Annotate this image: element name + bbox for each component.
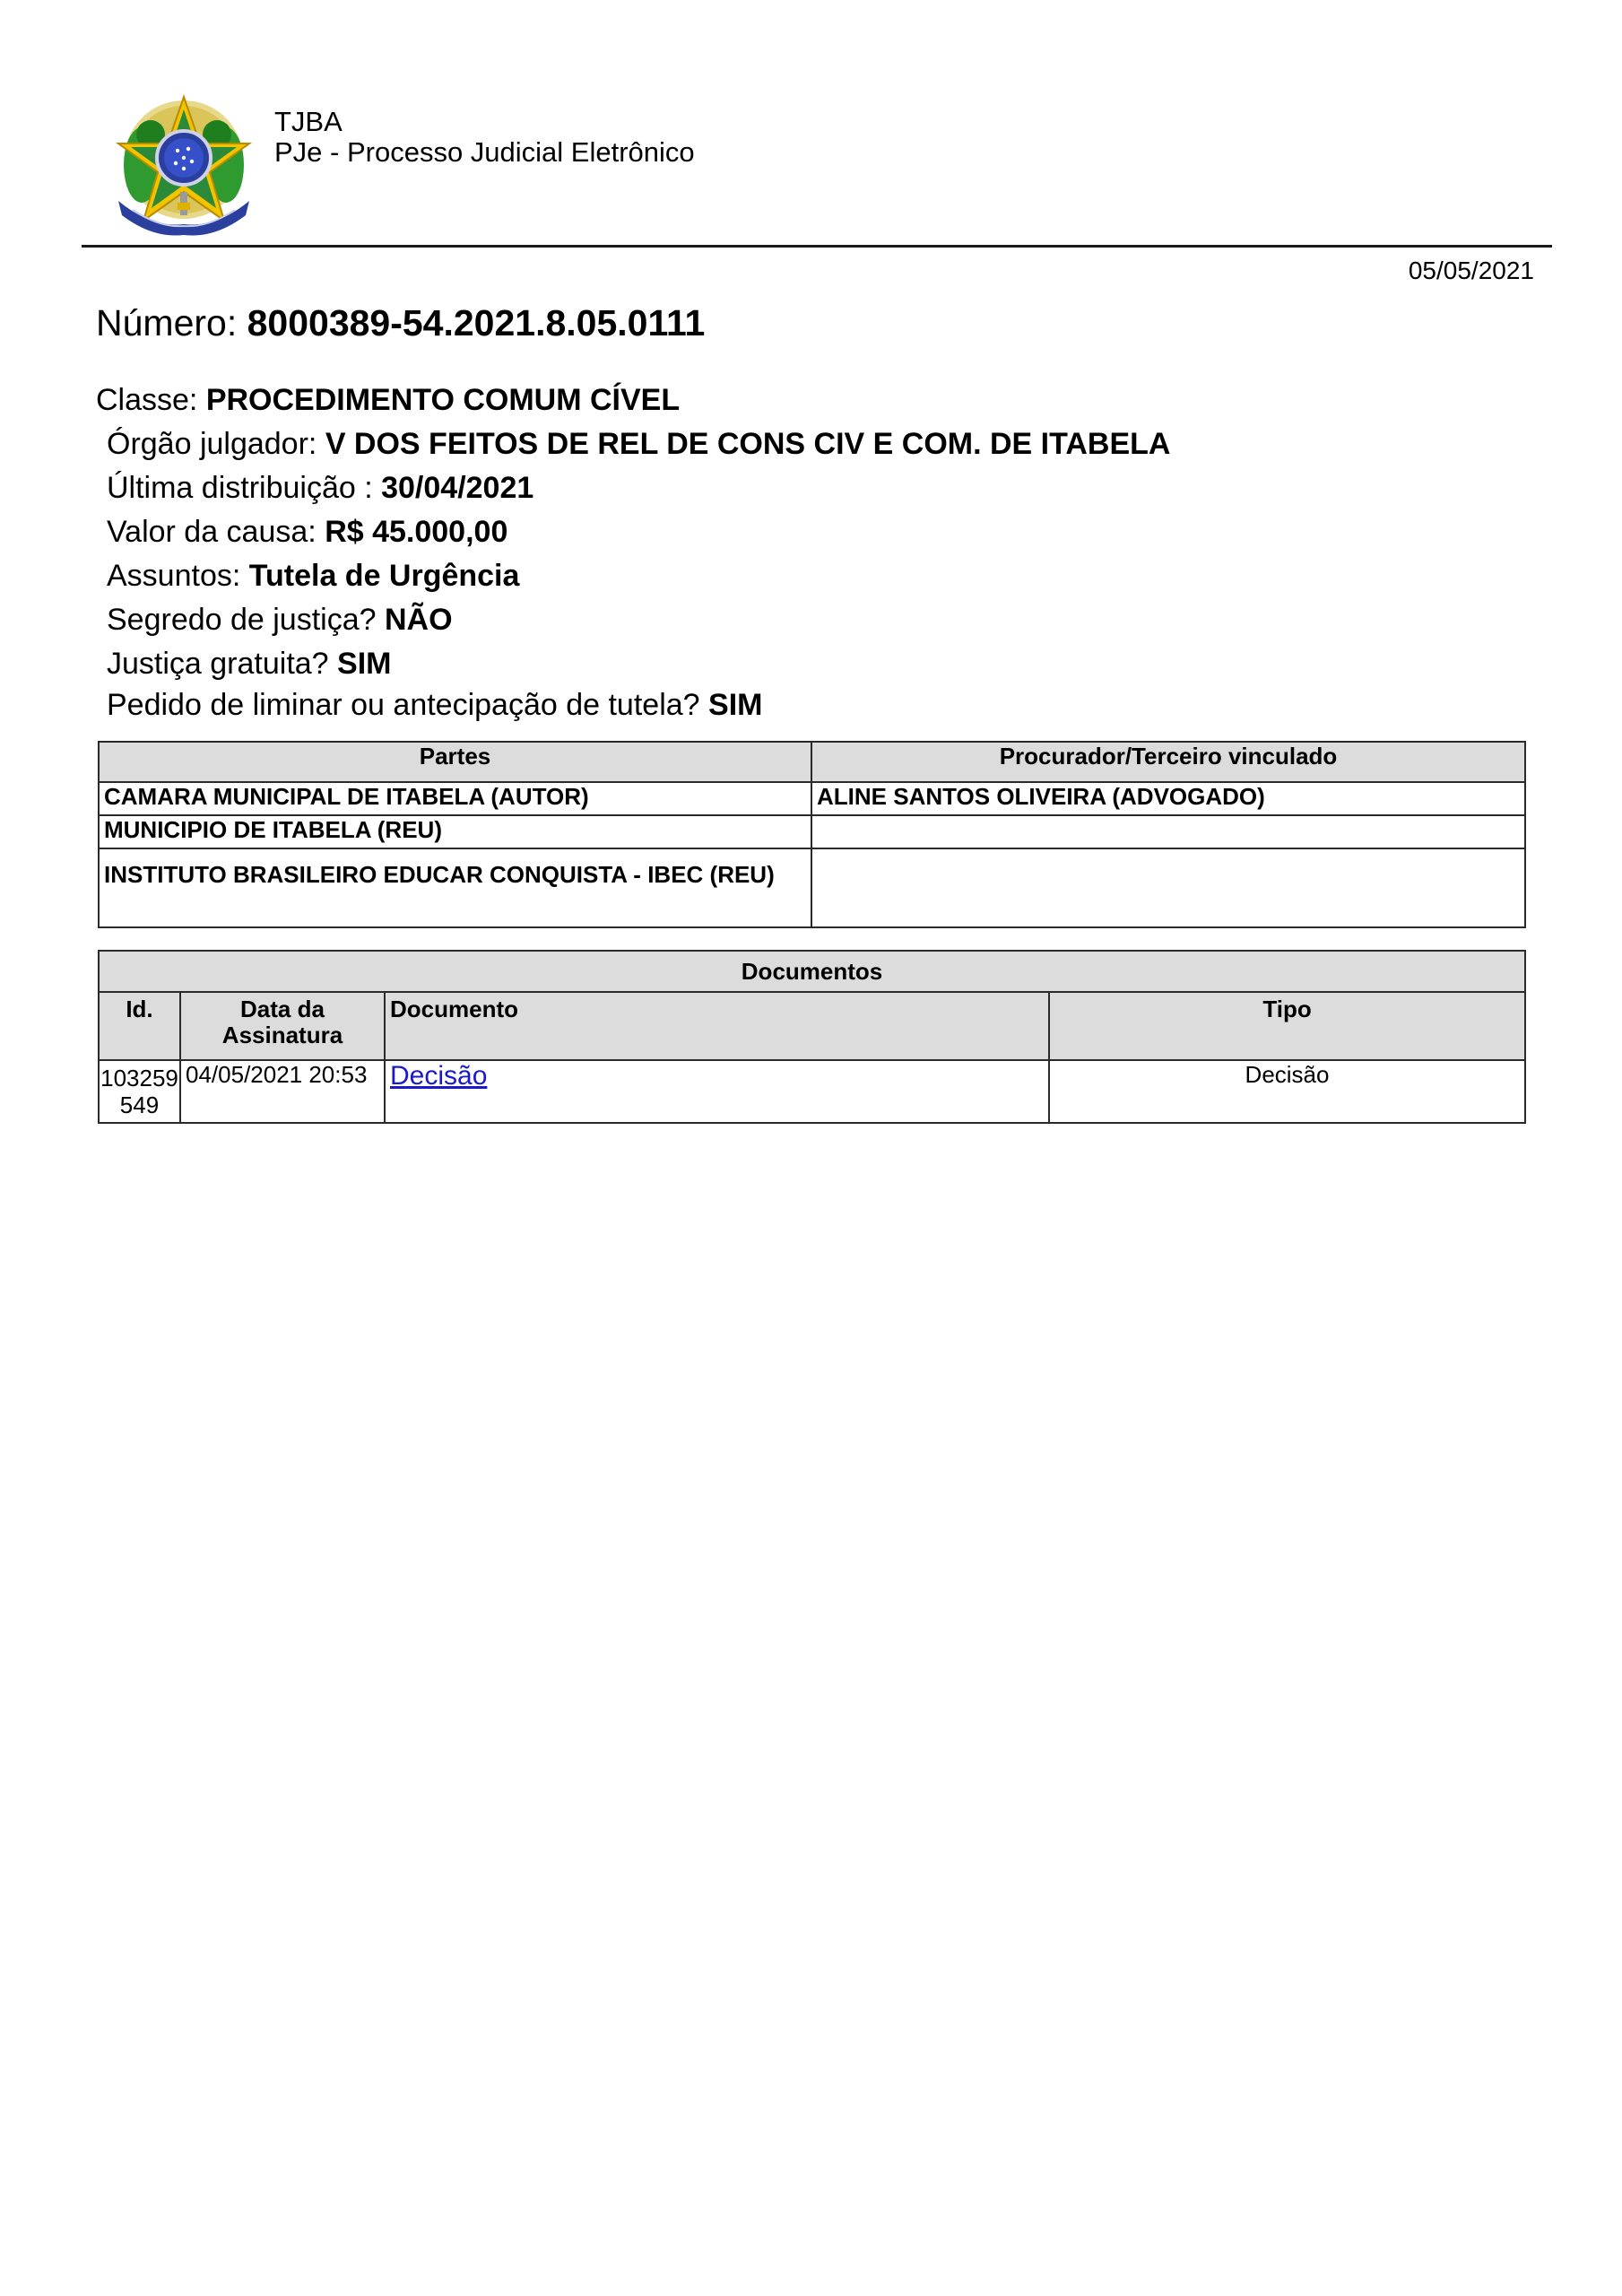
- process-number-label: Número:: [96, 302, 247, 344]
- meta-label: Valor da causa:: [107, 515, 325, 549]
- meta-value: 30/04/2021: [381, 471, 533, 505]
- documents-title: Documentos: [99, 951, 1525, 992]
- doc-signature-date: 04/05/2021 20:53: [180, 1060, 385, 1123]
- meta-value: V DOS FEITOS DE REL DE CONS CIV E COM. D…: [325, 427, 1171, 461]
- system-name: PJe - Processo Judicial Eletrônico: [274, 137, 695, 168]
- table-row: CAMARA MUNICIPAL DE ITABELA (AUTOR) ALIN…: [99, 782, 1525, 815]
- doc-id: 103259549: [99, 1060, 180, 1123]
- meta-justica-gratuita: Justiça gratuita? SIM: [107, 646, 391, 682]
- meta-label: Classe:: [96, 383, 206, 417]
- meta-value: R$ 45.000,00: [325, 515, 507, 549]
- meta-label: Última distribuição :: [107, 471, 381, 505]
- meta-ultima-distribuicao: Última distribuição : 30/04/2021: [107, 470, 533, 506]
- meta-value: NÃO: [385, 603, 453, 637]
- print-date: 05/05/2021: [1409, 257, 1534, 285]
- parties-header-procurador: Procurador/Terceiro vinculado: [811, 742, 1525, 782]
- meta-assuntos: Assuntos: Tutela de Urgência: [107, 558, 519, 594]
- party-name: INSTITUTO BRASILEIRO EDUCAR CONQUISTA - …: [99, 848, 811, 927]
- party-attorney: ALINE SANTOS OLIVEIRA (ADVOGADO): [811, 782, 1525, 815]
- doc-header-id: Id.: [99, 992, 180, 1060]
- meta-value: PROCEDIMENTO COMUM CÍVEL: [206, 383, 680, 417]
- meta-label: Assuntos:: [107, 559, 249, 593]
- meta-label: Segredo de justiça?: [107, 603, 385, 637]
- court-name: TJBA: [274, 107, 343, 137]
- meta-segredo-justica: Segredo de justiça? NÃO: [107, 602, 453, 638]
- party-attorney: [811, 848, 1525, 927]
- documents-table: Documentos Id. Data da Assinatura Docume…: [98, 950, 1526, 1124]
- parties-header-partes: Partes: [99, 742, 811, 782]
- meta-pedido-liminar: Pedido de liminar ou antecipação de tute…: [107, 687, 762, 723]
- brazil-coat-of-arms-icon: [115, 93, 253, 240]
- meta-label: Justiça gratuita?: [107, 647, 337, 681]
- party-name: CAMARA MUNICIPAL DE ITABELA (AUTOR): [99, 782, 811, 815]
- party-attorney: [811, 815, 1525, 848]
- table-row: 103259549 04/05/2021 20:53 Decisão Decis…: [99, 1060, 1525, 1123]
- doc-type: Decisão: [1049, 1060, 1525, 1123]
- header-divider: [82, 245, 1552, 248]
- doc-header-tipo: Tipo: [1049, 992, 1525, 1060]
- document-link[interactable]: Decisão: [390, 1061, 487, 1091]
- meta-value: SIM: [708, 688, 762, 722]
- table-row: INSTITUTO BRASILEIRO EDUCAR CONQUISTA - …: [99, 848, 1525, 927]
- process-number-value: 8000389-54.2021.8.05.0111: [247, 302, 706, 344]
- process-number: Número: 8000389-54.2021.8.05.0111: [96, 301, 705, 344]
- meta-value: SIM: [337, 647, 391, 681]
- meta-label: Pedido de liminar ou antecipação de tute…: [107, 688, 708, 722]
- doc-header-documento: Documento: [385, 992, 1049, 1060]
- meta-valor-causa: Valor da causa: R$ 45.000,00: [107, 514, 507, 550]
- doc-cell: Decisão: [385, 1060, 1049, 1123]
- meta-classe: Classe: PROCEDIMENTO COMUM CÍVEL: [96, 382, 680, 418]
- meta-value: Tutela de Urgência: [249, 559, 520, 593]
- doc-header-data: Data da Assinatura: [180, 992, 385, 1060]
- meta-label: Órgão julgador:: [107, 427, 325, 461]
- party-name: MUNICIPIO DE ITABELA (REU): [99, 815, 811, 848]
- meta-orgao-julgador: Órgão julgador: V DOS FEITOS DE REL DE C…: [107, 426, 1170, 462]
- table-row: MUNICIPIO DE ITABELA (REU): [99, 815, 1525, 848]
- parties-table: Partes Procurador/Terceiro vinculado CAM…: [98, 741, 1526, 928]
